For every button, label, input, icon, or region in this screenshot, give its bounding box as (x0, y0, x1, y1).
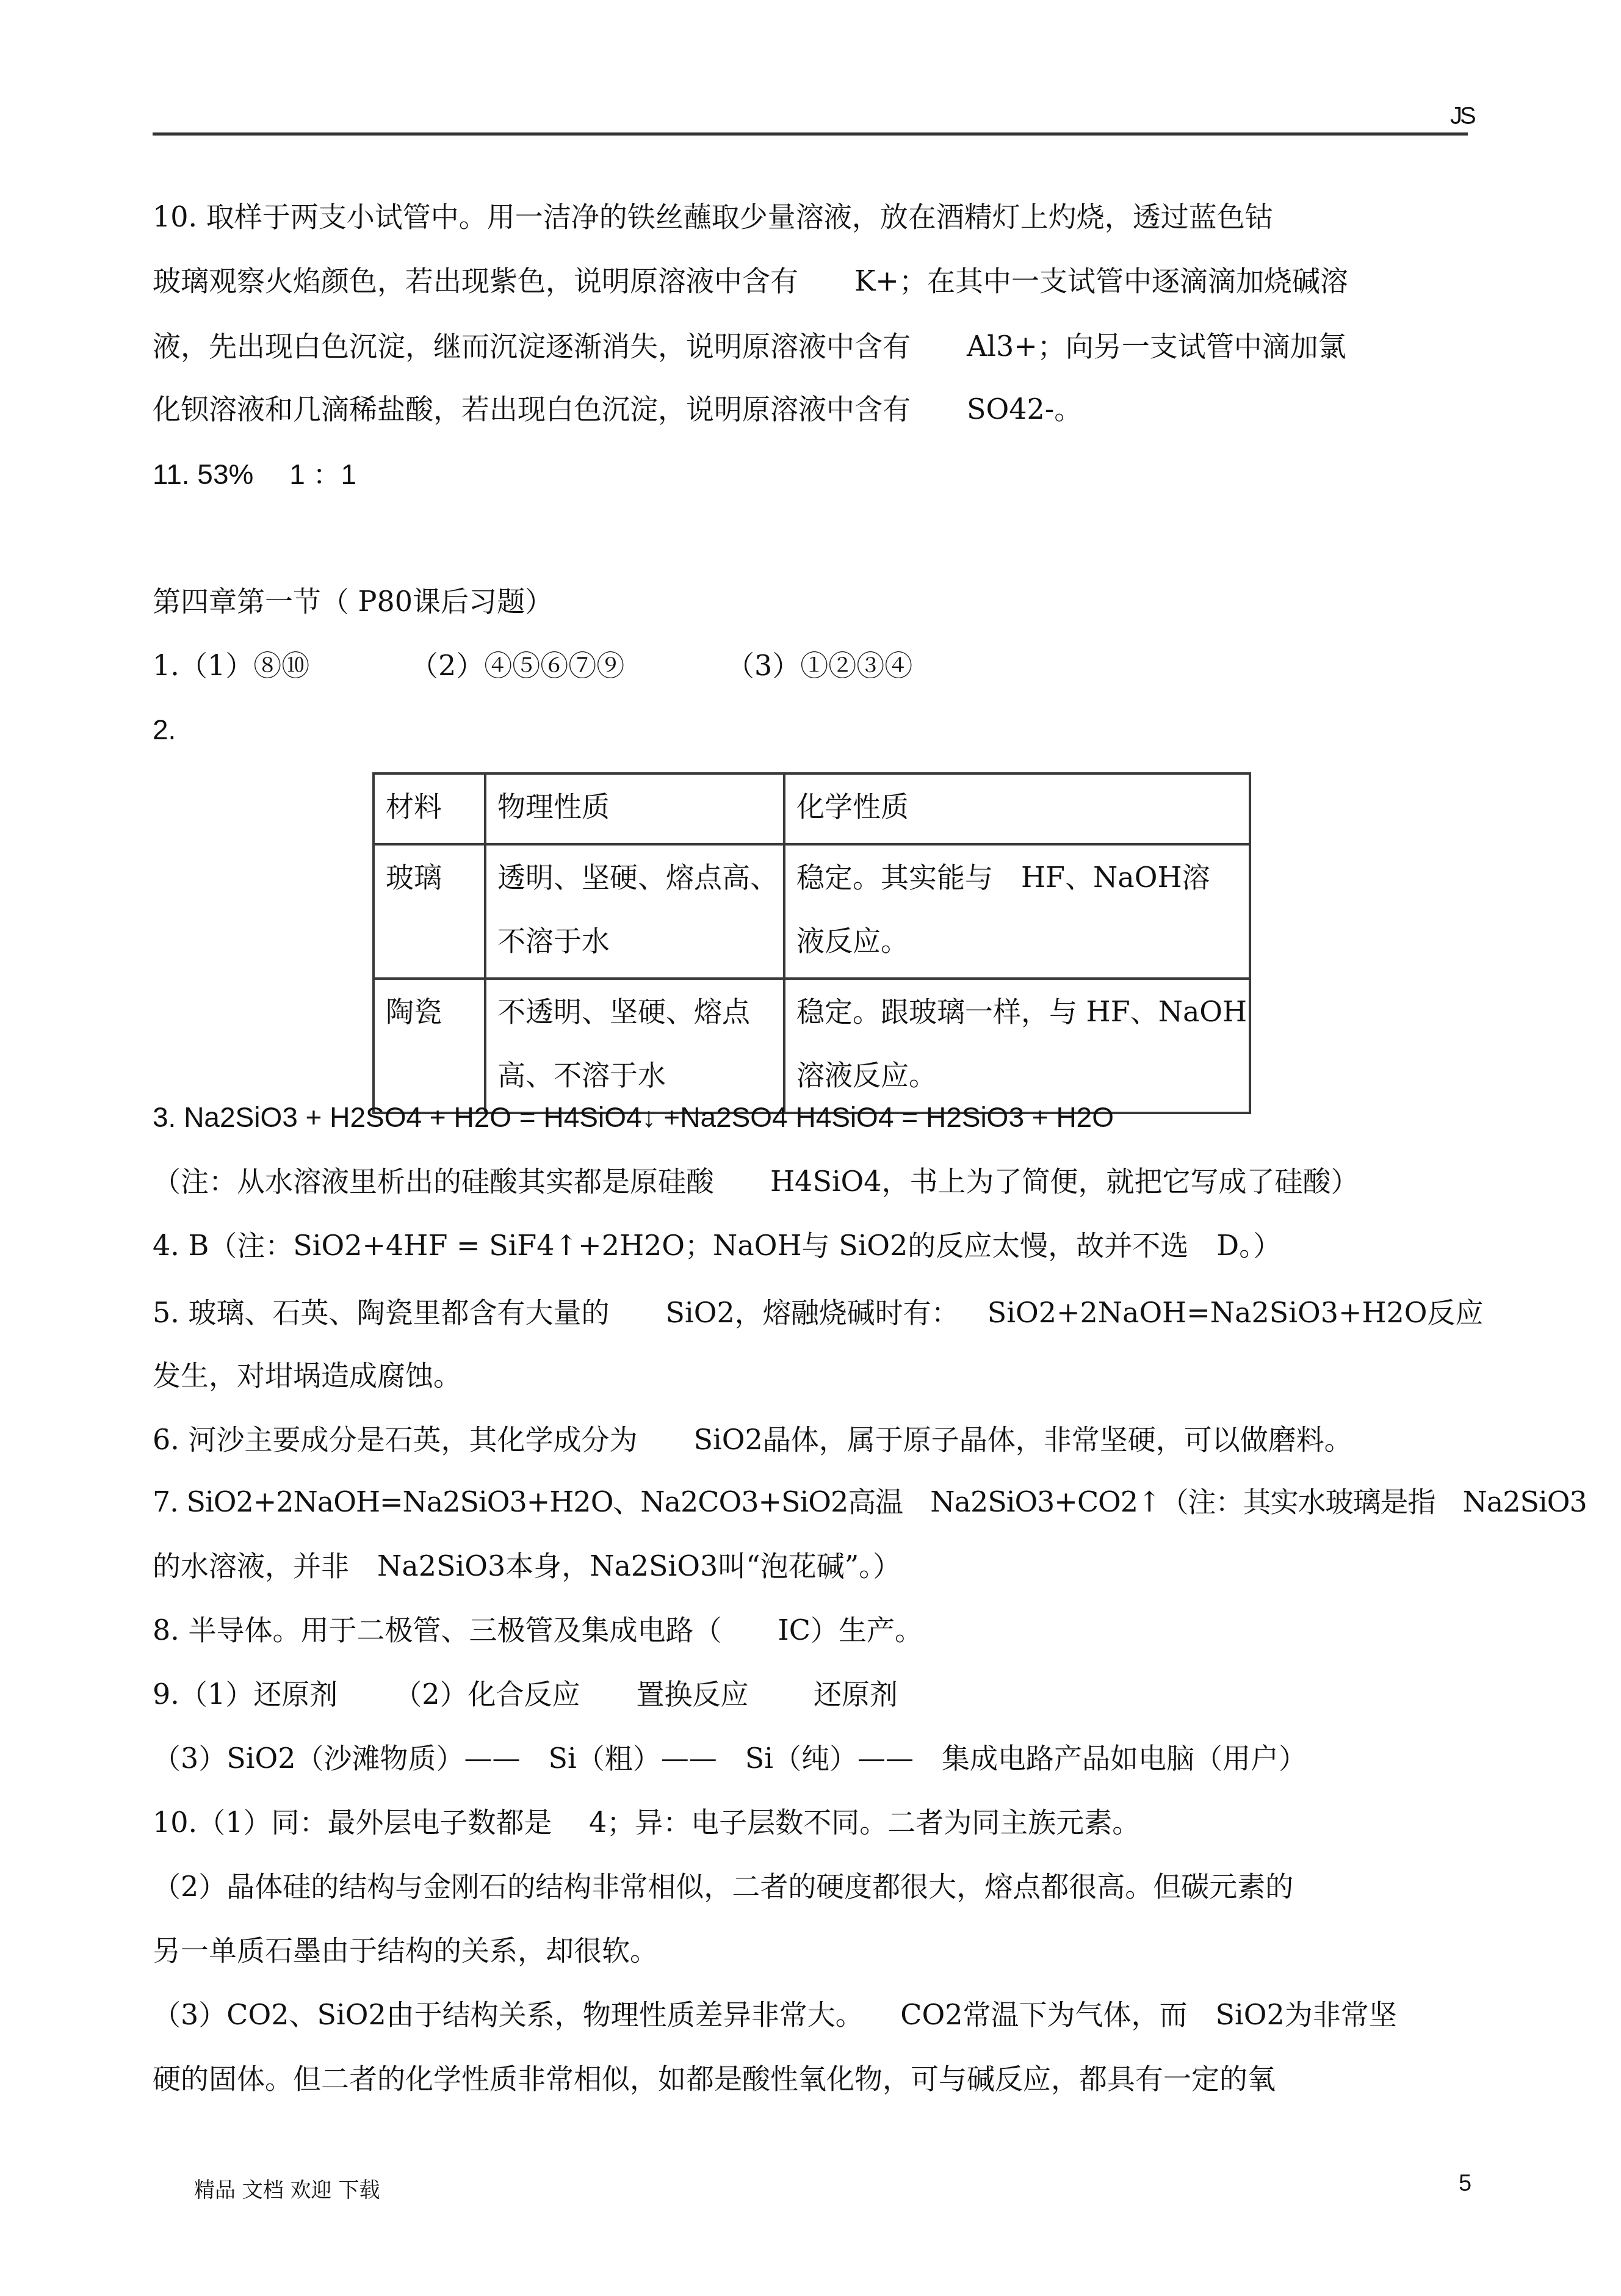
table-cell-chemical: 稳定。其实能与 HF、NaOH溶 液反应。 (784, 844, 1250, 979)
answer-10-part-1: 10.（1）同：最外层电子数都是 4；异：电子层数不同。二者为同主族元素。 (153, 1805, 1140, 1839)
page-number: 5 (1459, 2171, 1471, 2197)
table-header-physical: 物理性质 (485, 773, 784, 844)
answer-5-line-1: 5. 玻璃、石英、陶瓷里都含有大量的 SiO2，熔融烧碱时有： SiO2+2Na… (153, 1295, 1484, 1330)
materials-property-table: 材料 物理性质 化学性质 玻璃 透明、坚硬、熔点高、 不溶于水 稳定。其实能与 … (372, 772, 1251, 1114)
table-cell-chemical: 稳定。跟玻璃一样，与 HF、NaOH 溶液反应。 (784, 979, 1250, 1113)
answer-10-part-3-line-2: 硬的固体。但二者的化学性质非常相似，如都是酸性氧化物，可与碱反应，都具有一定的氧 (153, 2062, 1276, 2096)
answer-10-line-3: 液，先出现白色沉淀，继而沉淀逐渐消失，说明原溶液中含有 Al3+；向另一支试管中… (153, 329, 1346, 363)
answer-3-equation: 3. Na2SiO3 + H2SO4 + H2O = H4SiO4↓ +Na2S… (153, 1100, 1114, 1134)
answer-9-line-1: 9.（1）还原剂 （2）化合反应 置换反应 还原剂 (153, 1677, 898, 1711)
answer-8: 8. 半导体。用于二极管、三极管及集成电路（ IC）生产。 (153, 1613, 923, 1647)
answer-3-note: （注：从水溶液里析出的硅酸其实都是原硅酸 H4SiO4，书上为了简便，就把它写成… (153, 1164, 1359, 1198)
table-cell-physical: 透明、坚硬、熔点高、 不溶于水 (485, 844, 784, 979)
answer-7-line-1: 7. SiO2+2NaOH=Na2SiO3+H2O、Na2CO3+SiO2高温 … (153, 1485, 1587, 1519)
answer-9-line-2: （3）SiO2（沙滩物质）—— Si（粗）—— Si（纯）—— 集成电路产品如电… (153, 1741, 1307, 1775)
answer-10-line-4: 化钡溶液和几滴稀盐酸，若出现白色沉淀，说明原溶液中含有 SO42-。 (153, 392, 1082, 426)
table-row: 陶瓷 不透明、坚硬、熔点 高、不溶于水 稳定。跟玻璃一样，与 HF、NaOH 溶… (374, 979, 1250, 1113)
table-row: 玻璃 透明、坚硬、熔点高、 不溶于水 稳定。其实能与 HF、NaOH溶 液反应。 (374, 844, 1250, 979)
answer-10-part-2-line-2: 另一单质石墨由于结构的关系，却很软。 (153, 1933, 658, 1968)
table-header-row: 材料 物理性质 化学性质 (374, 773, 1250, 844)
answer-10-part-2-line-1: （2）晶体硅的结构与金刚石的结构非常相似，二者的硬度都很大，熔点都很高。但碳元素… (153, 1869, 1293, 1903)
answer-1-part-2: （2）④⑤⑥⑦⑨ (410, 648, 624, 683)
answer-4: 4. B（注：SiO2+4HF = SiF4↑+2H2O；NaOH与 SiO2的… (153, 1228, 1281, 1262)
answer-5-line-2: 发生，对坩埚造成腐蚀。 (153, 1358, 461, 1392)
answer-10-line-2: 玻璃观察火焰颜色，若出现紫色，说明原溶液中含有 K+；在其中一支试管中逐滴滴加烧… (153, 264, 1348, 298)
footer-text: 精品 文档 欢迎 下载 (194, 2173, 380, 2203)
section-title: 第四章第一节（ P80课后习题） (153, 584, 553, 618)
answer-6: 6. 河沙主要成分是石英，其化学成分为 SiO2晶体，属于原子晶体，非常坚硬，可… (153, 1422, 1352, 1457)
answer-1-part-3: （3）①②③④ (726, 648, 912, 683)
table-cell-material: 陶瓷 (374, 979, 485, 1113)
answer-10-line-1: 10. 取样于两支小试管中。用一洁净的铁丝蘸取少量溶液，放在酒精灯上灼烧，透过蓝… (153, 200, 1273, 234)
header-code: JS (1450, 103, 1474, 130)
answer-11: 11. 53% 1 ：1 (153, 457, 356, 491)
answer-1-part-1: 1.（1）⑧⑩ (153, 648, 309, 683)
answer-7-line-2: 的水溶液，并非 Na2SiO3本身，Na2SiO3叫“泡花碱”。） (153, 1549, 901, 1583)
answer-2-label: 2. (153, 712, 176, 747)
answer-10-part-3-line-1: （3）CO2、SiO2由于结构关系，物理性质差异非常大。 CO2常温下为气体，而… (153, 1997, 1397, 2032)
table-cell-material: 玻璃 (374, 844, 485, 979)
table-header-chemical: 化学性质 (784, 773, 1250, 844)
table-header-material: 材料 (374, 773, 485, 844)
table-cell-physical: 不透明、坚硬、熔点 高、不溶于水 (485, 979, 784, 1113)
header-rule (153, 132, 1468, 136)
